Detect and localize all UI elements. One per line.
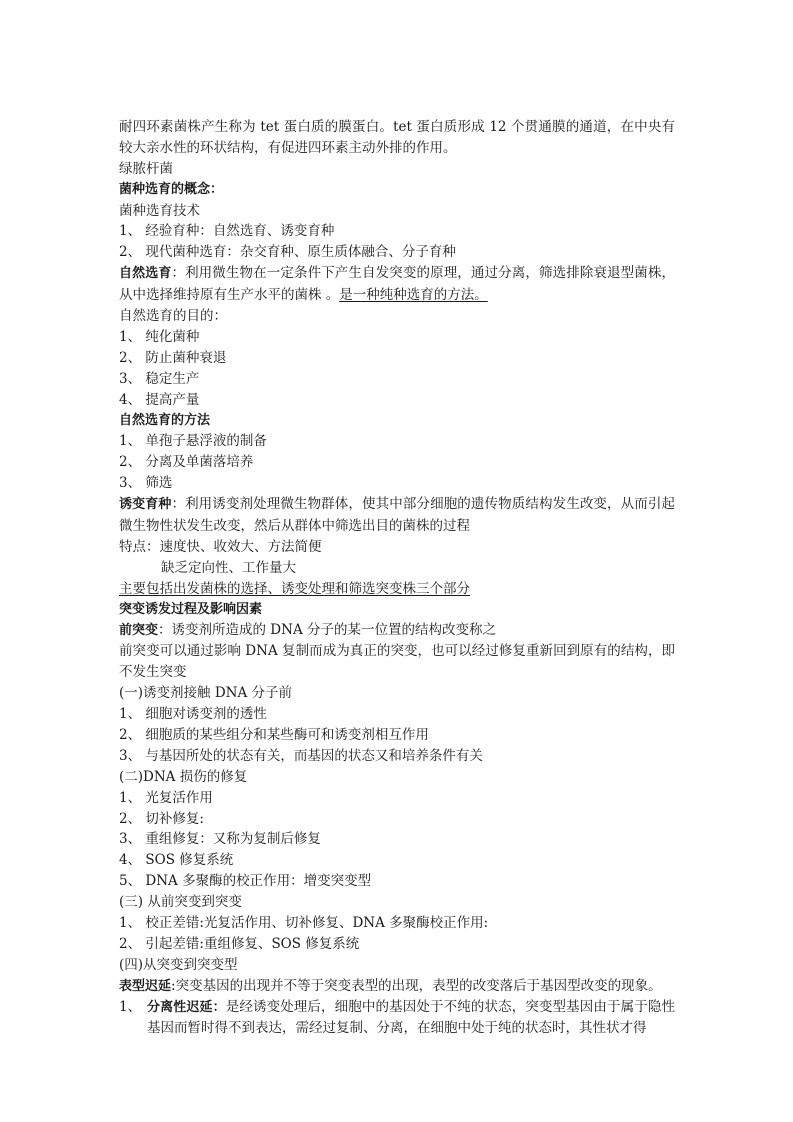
item-text: 切补修复: — [145, 811, 204, 827]
section-title: (三) 从前突变到突变 — [119, 892, 675, 913]
item-number: 1、 — [119, 997, 147, 1018]
definition-text: ：诱变剂所造成的 DNA 分子的某一位置的结构改变称之 — [158, 622, 496, 638]
item-text: 经验育种：自然选育、诱变育种 — [145, 223, 334, 239]
item-text: 防止菌种衰退 — [145, 350, 226, 366]
document-page: 耐四环素菌株产生称为 tet 蛋白质的膜蛋白。tet 蛋白质形成 12 个贯通膜… — [119, 117, 675, 1039]
item-number: 1、 — [119, 433, 141, 449]
item-text: 引起差错:重组修复、SOS 修复系统 — [145, 936, 359, 952]
list-item: 5、 DNA 多聚酶的校正作用：增变突变型 — [119, 871, 675, 892]
term: 表型迟延 — [119, 979, 171, 994]
premutation-note: 前突变可以通过影响 DNA 复制而成为真正的突变，也可以经过修复重新回到原有的结… — [119, 641, 675, 683]
method-heading: 自然选育的方法 — [119, 411, 675, 432]
list-item: 1、 细胞对诱变剂的透性 — [119, 704, 675, 725]
underlined-note: 是一种纯种选育的方法。 — [339, 287, 488, 303]
item-text: 稳定生产 — [145, 371, 199, 387]
list-item: 2、 引起差错:重组修复、SOS 修复系统 — [119, 934, 675, 955]
features-text: 速度快、收效大、方法简便 — [160, 539, 322, 555]
organism-name: 绿脓杆菌 — [119, 159, 675, 180]
item-text: SOS 修复系统 — [145, 852, 233, 868]
item-number: 1、 — [119, 790, 141, 806]
item-term: 分离性迟延： — [147, 1000, 226, 1015]
list-item: 3、 重组修复：又称为复制后修复 — [119, 829, 675, 850]
definition-text: ：利用诱变剂处理微生物群体，使其中部分细胞的遗传物质结构发生改变，从而引起微生物… — [119, 496, 675, 534]
section-title: (四)从突变到突变型 — [119, 955, 675, 976]
item-text: 现代菌种选育：杂交育种、原生质体融合、分子育种 — [145, 244, 456, 260]
term: 前突变 — [119, 623, 158, 638]
list-item: 2、 现代菌种选育：杂交育种、原生质体融合、分子育种 — [119, 242, 675, 263]
list-item: 2、 分离及单菌落培养 — [119, 452, 675, 473]
item-number: 3、 — [119, 831, 141, 847]
concept-heading: 菌种选育的概念： — [119, 180, 675, 201]
item-text: 与基因所处的状态有关，而基因的状态又和培养条件有关 — [145, 748, 483, 764]
term: 诱变育种 — [119, 497, 171, 512]
item-number: 2、 — [119, 244, 141, 260]
list-item: 3、 稳定生产 — [119, 369, 675, 390]
item-text: 单孢子悬浮液的制备 — [145, 433, 267, 449]
list-item: 3、 与基因所处的状态有关，而基因的状态又和培养条件有关 — [119, 746, 675, 767]
list-item: 2、 细胞质的某些组分和某些酶可和诱变剂相互作用 — [119, 725, 675, 746]
item-text: 校正差错:光复活作用、切补修复、DNA 多聚酶校正作用: — [145, 915, 488, 931]
list-item: 1、 纯化菌种 — [119, 327, 675, 348]
item-text: DNA 多聚酶的校正作用：增变突变型 — [145, 873, 371, 889]
item-number: 4、 — [119, 852, 141, 868]
list-item: 1、 光复活作用 — [119, 788, 675, 809]
concept-subheading: 菌种选育技术 — [119, 201, 675, 222]
section-title: (二)DNA 损伤的修复 — [119, 767, 675, 788]
list-item: 1、 经验育种：自然选育、诱变育种 — [119, 221, 675, 242]
item-number: 2、 — [119, 350, 141, 366]
item-text: 光复活作用 — [145, 790, 213, 806]
list-item: 1、 校正差错:光复活作用、切补修复、DNA 多聚酶校正作用: — [119, 913, 675, 934]
features-line: 特点：速度快、收效大、方法简便 — [119, 537, 675, 558]
item-text: 是经诱变处理后，细胞中的基因处于不纯的状态，突变型基因由于属于隐性基因而暂时得不… — [147, 999, 675, 1037]
item-number: 1、 — [119, 223, 141, 239]
item-text: 筛选 — [145, 475, 172, 491]
mutation-breeding-definition: 诱变育种：利用诱变剂处理微生物群体，使其中部分细胞的遗传物质结构发生改变，从而引… — [119, 494, 675, 537]
section-title: (一)诱变剂接触 DNA 分子前 — [119, 683, 675, 704]
item-number: 3、 — [119, 475, 141, 491]
item-number: 4、 — [119, 392, 141, 408]
definition-text: :突变基因的出现并不等于突变表型的出现，表型的改变落后于基因型改变的现象。 — [171, 978, 662, 994]
natural-selection-definition: 自然选育：利用微生物在一定条件下产生自发突变的原理，通过分离，筛选排除衰退型菌株… — [119, 263, 675, 306]
underlined-summary: 主要包括出发菌株的选择、诱变处理和筛选突变株三个部分 — [119, 581, 470, 597]
features-label: 特点： — [119, 539, 160, 555]
item-number: 1、 — [119, 915, 141, 931]
item-number: 2、 — [119, 936, 141, 952]
item-number: 3、 — [119, 371, 141, 387]
summary-line: 主要包括出发菌株的选择、诱变处理和筛选突变株三个部分 — [119, 579, 675, 600]
list-item: 3、 筛选 — [119, 473, 675, 494]
item-text: 提高产量 — [145, 392, 199, 408]
phenotypic-lag-definition: 表型迟延:突变基因的出现并不等于突变表型的出现，表型的改变落后于基因型改变的现象… — [119, 976, 675, 997]
item-text: 纯化菌种 — [145, 329, 199, 345]
item-number: 2、 — [119, 811, 141, 827]
list-item: 2、 切补修复: — [119, 809, 675, 830]
item-text: 分离及单菌落培养 — [145, 454, 253, 470]
item-number: 5、 — [119, 873, 141, 889]
item-body: 分离性迟延：是经诱变处理后，细胞中的基因处于不纯的状态，突变型基因由于属于隐性基… — [147, 997, 675, 1040]
intro-paragraph: 耐四环素菌株产生称为 tet 蛋白质的膜蛋白。tet 蛋白质形成 12 个贯通膜… — [119, 117, 675, 159]
item-text: 重组修复：又称为复制后修复 — [145, 831, 321, 847]
list-item: 2、 防止菌种衰退 — [119, 348, 675, 369]
list-item: 4、 提高产量 — [119, 390, 675, 411]
premutation-definition: 前突变：诱变剂所造成的 DNA 分子的某一位置的结构改变称之 — [119, 620, 675, 641]
mutation-process-heading: 突变诱发过程及影响因素 — [119, 600, 675, 621]
list-item: 1、 单孢子悬浮液的制备 — [119, 431, 675, 452]
term: 自然选育 — [119, 266, 171, 281]
item-text: 细胞对诱变剂的透性 — [145, 706, 267, 722]
item-number: 3、 — [119, 748, 141, 764]
item-number: 1、 — [119, 706, 141, 722]
list-item: 4、 SOS 修复系统 — [119, 850, 675, 871]
item-text: 细胞质的某些组分和某些酶可和诱变剂相互作用 — [145, 727, 429, 743]
list-item: 1、 分离性迟延：是经诱变处理后，细胞中的基因处于不纯的状态，突变型基因由于属于… — [119, 997, 675, 1040]
features-line-2: 缺乏定向性、工作量大 — [119, 558, 675, 579]
item-number: 2、 — [119, 454, 141, 470]
item-number: 2、 — [119, 727, 141, 743]
purpose-heading: 自然选育的目的： — [119, 306, 675, 327]
item-number: 1、 — [119, 329, 141, 345]
